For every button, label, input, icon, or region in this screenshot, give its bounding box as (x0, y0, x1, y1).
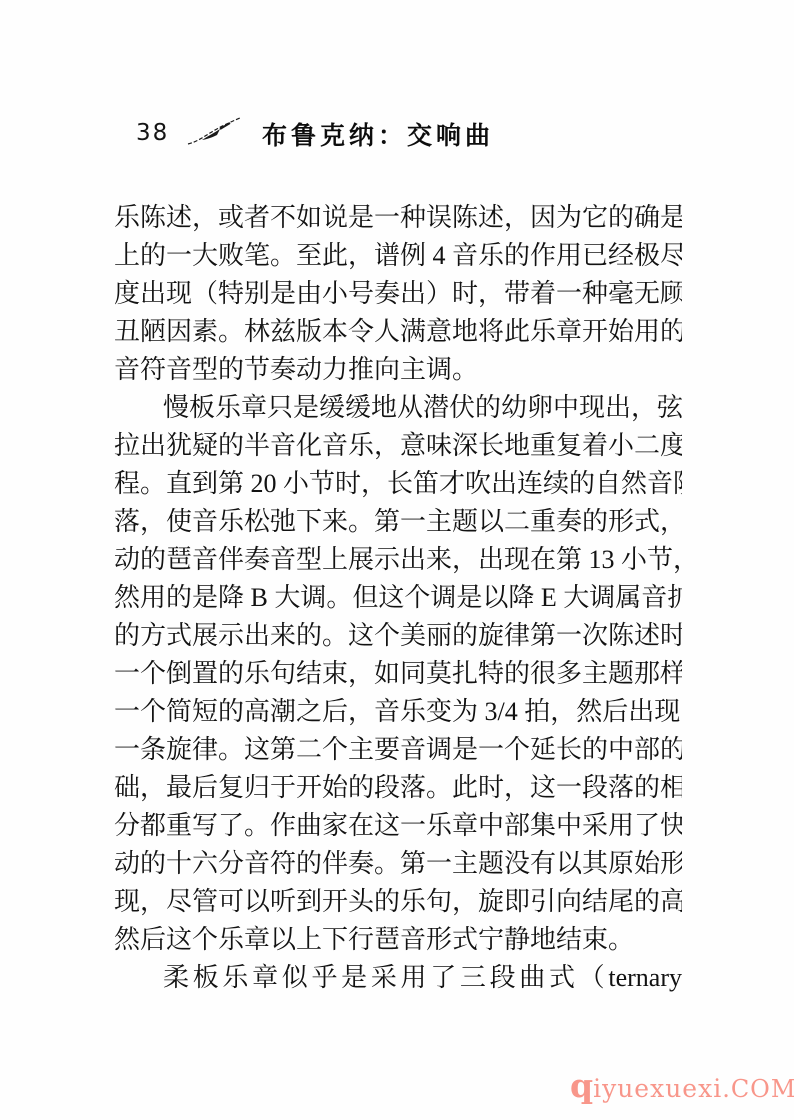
text-line: 现，尽管可以听到开头的乐句，旋即引向结尾的高潮， (114, 883, 682, 921)
text-line: 程。直到第 20 小节时，长笛才吹出连续的自然音阶段 (114, 465, 682, 503)
text-line: 分都重写了。作曲家在这一乐章中部集中采用了快速流 (114, 807, 682, 845)
running-head: 38 布鲁克纳：交响曲 (0, 112, 794, 152)
text-line: 慢板乐章只是缓缓地从潜伏的幼卵中现出，弦乐器 (114, 389, 682, 427)
text-line: 度出现（特别是由小号奏出）时，带着一种毫无顾忌的 (114, 275, 682, 313)
scanned-book-page: 38 布鲁克纳：交响曲 乐陈述，或者不如说是一种误陈述，因为它的确是艺术 上的一… (0, 0, 794, 1120)
pen-scribble-icon (186, 116, 244, 150)
page-number: 38 (136, 120, 169, 146)
watermark-name: iyuexuexi (593, 1074, 722, 1103)
text-line: 乐陈述，或者不如说是一种误陈述，因为它的确是艺术 (114, 199, 682, 237)
text-line: 的方式展示出来的。这个美丽的旋律第一次陈述时是以 (114, 617, 682, 655)
text-line: 上的一大败笔。至此，谱例 4 音乐的作用已经极尽，再 (114, 237, 682, 275)
paragraph: 乐陈述，或者不如说是一种误陈述，因为它的确是艺术 上的一大败笔。至此，谱例 4 … (114, 199, 682, 389)
text-line: 拉出犹疑的半音化音乐，意味深长地重复着小二度音 (114, 427, 682, 465)
text-line: 一条旋律。这第二个主要音调是一个延长的中部的基 (114, 731, 682, 769)
watermark-initial: q (570, 1066, 593, 1105)
paragraph: 柔板乐章似乎是采用了三段曲式（ternary form）， (114, 959, 682, 997)
text-line: 然用的是降 B 大调。但这个调是以降 E 大调属音扩展 (114, 579, 682, 617)
text-line: 柔板乐章似乎是采用了三段曲式（ternary form）， (114, 959, 682, 997)
text-line: 础，最后复归于开始的段落。此时，这一段落的相当部 (114, 769, 682, 807)
text-block: 乐陈述，或者不如说是一种误陈述，因为它的确是艺术 上的一大败笔。至此，谱例 4 … (114, 199, 682, 997)
text-line: 动的十六分音符的伴奏。第一主题没有以其原始形式再 (114, 845, 682, 883)
text-line: 丑陋因素。林兹版本令人满意地将此乐章开始用的附点 (114, 313, 682, 351)
book-title: 布鲁克纳：交响曲 (262, 116, 494, 152)
text-line: 一个简短的高潮之后，音乐变为 3/4 拍，然后出现了另 (114, 693, 682, 731)
paragraph: 慢板乐章只是缓缓地从潜伏的幼卵中现出，弦乐器 拉出犹疑的半音化音乐，意味深长地重… (114, 389, 682, 959)
text-line: 音符音型的节奏动力推向主调。 (114, 351, 682, 389)
watermark-tld: .COM (722, 1075, 794, 1103)
text-line: 动的琶音伴奏音型上展示出来，出现在第 13 小节，显 (114, 541, 682, 579)
text-line: 落，使音乐松弛下来。第一主题以二重奏的形式，在流 (114, 503, 682, 541)
text-line: 然后这个乐章以上下行琶音形式宁静地结束。 (114, 921, 682, 959)
site-watermark: qiyuexuexi.COM (570, 1068, 794, 1104)
text-line: 一个倒置的乐句结束，如同莫扎特的很多主题那样。在 (114, 655, 682, 693)
